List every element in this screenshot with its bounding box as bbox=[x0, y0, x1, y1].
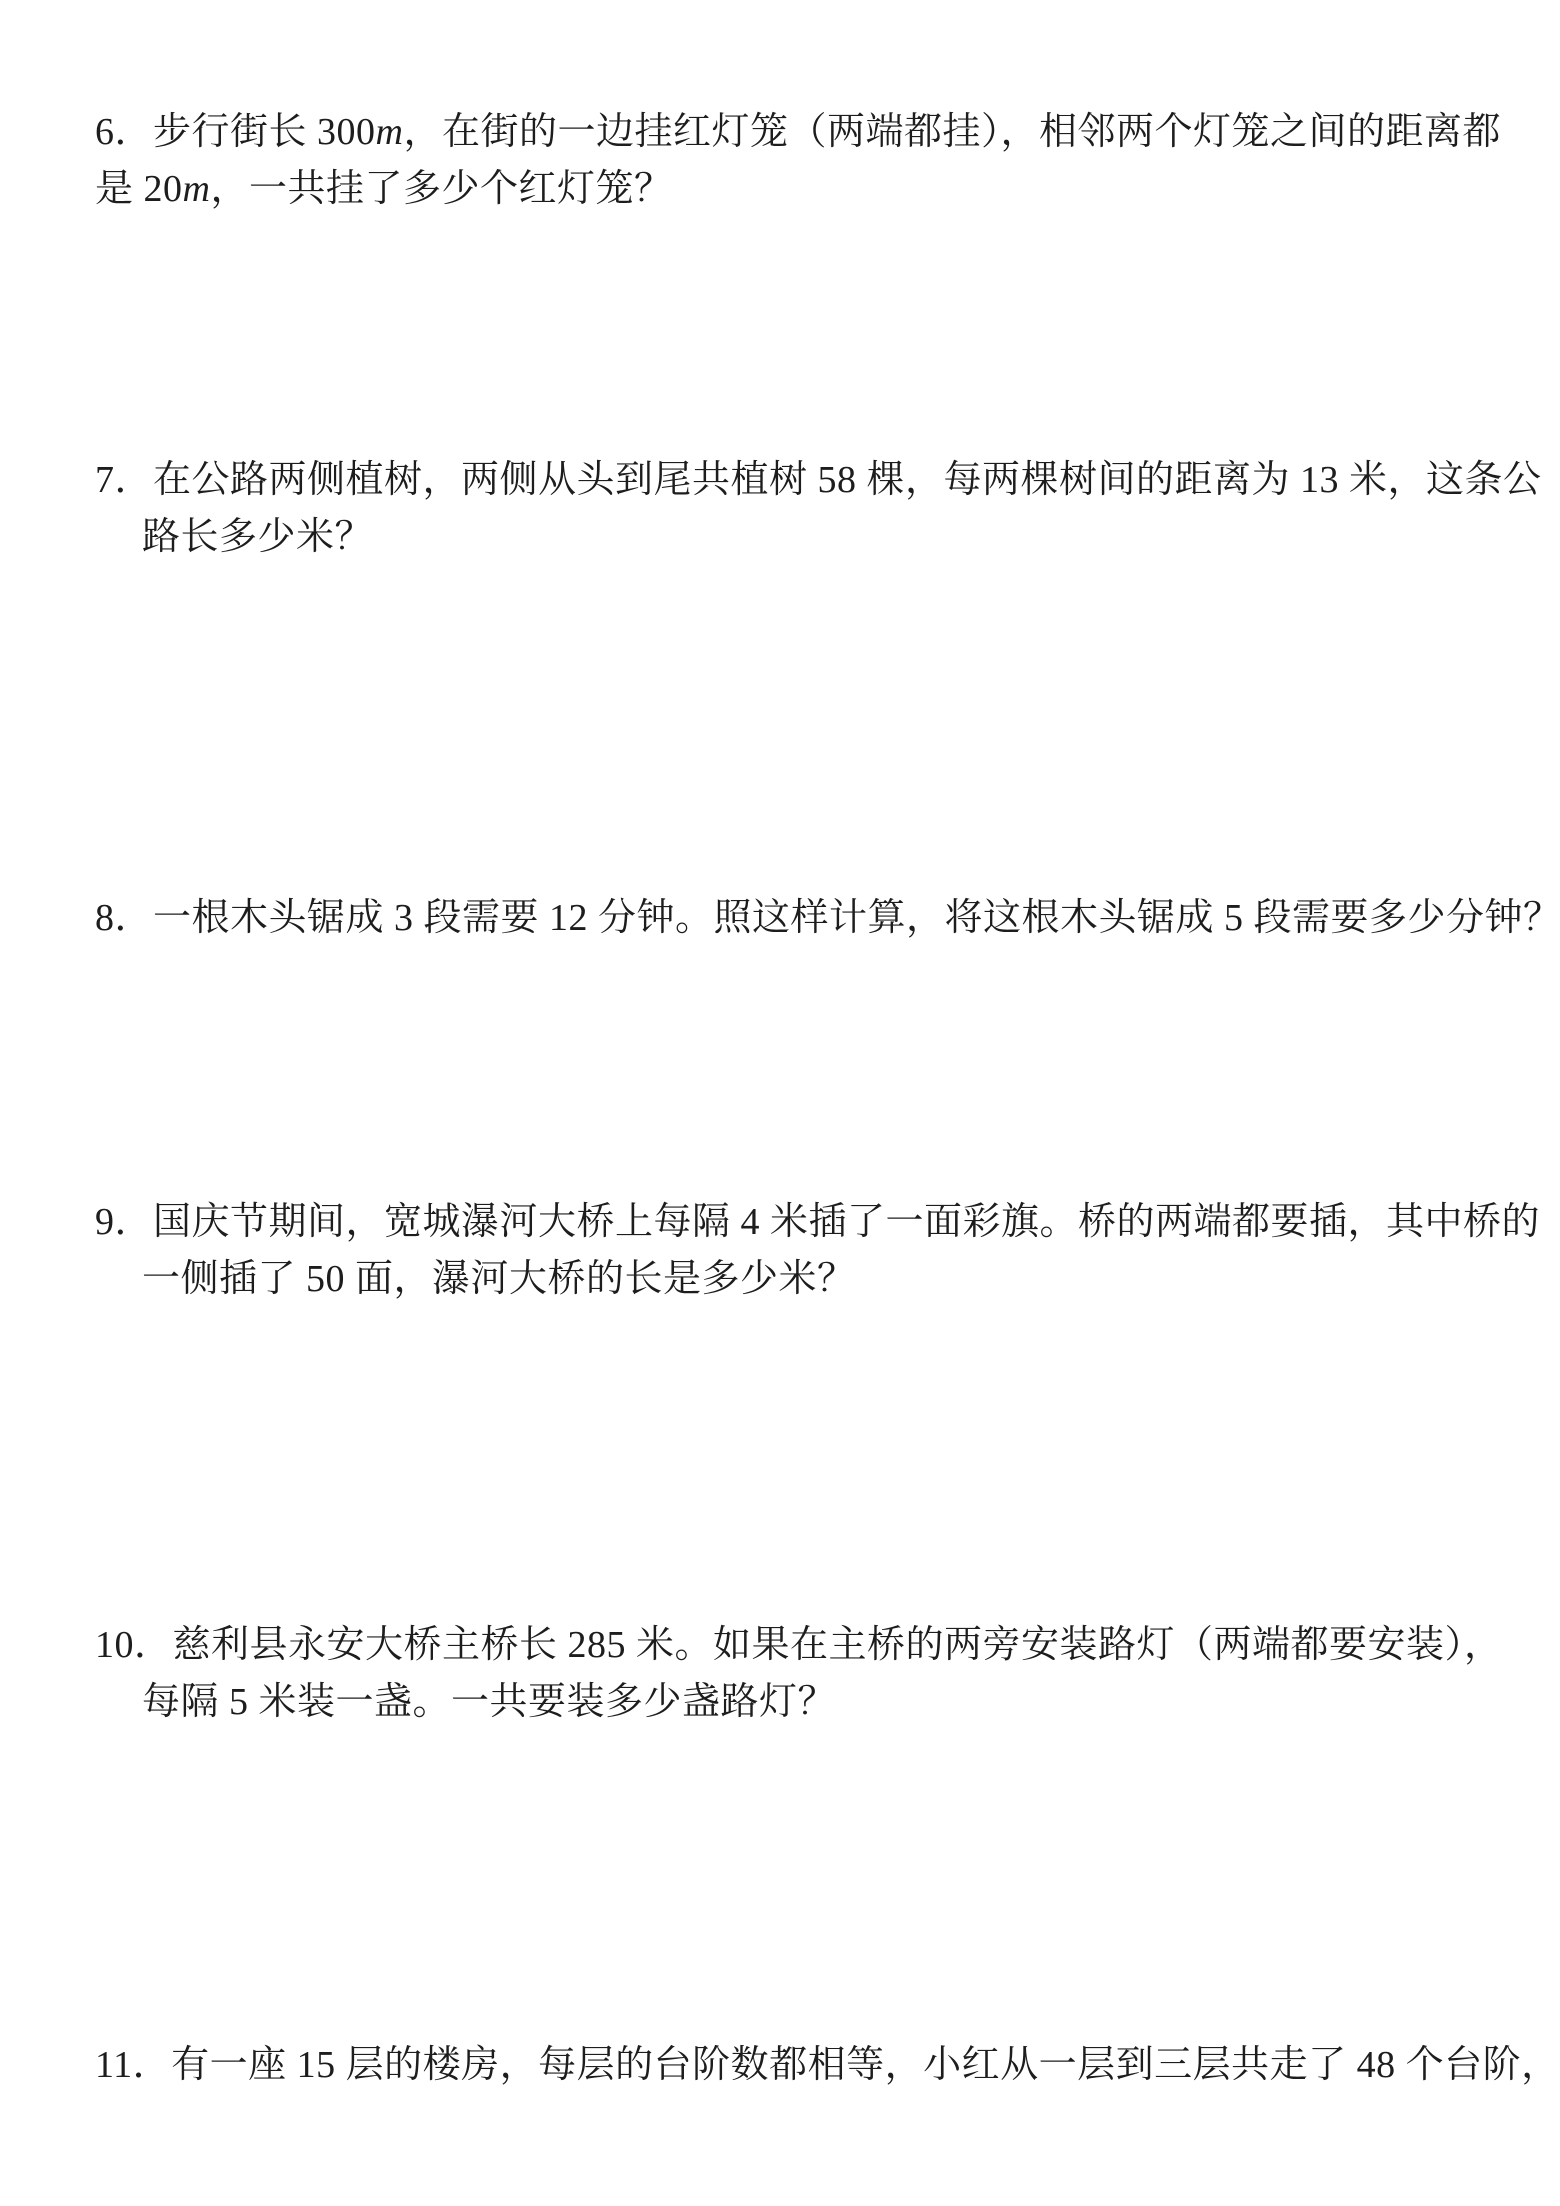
problem-9-line-2: 一侧插了 50 面，瀑河大桥的长是多少米？ bbox=[95, 1251, 1500, 1308]
problem-6-line-2: 是 20m，一共挂了多少个红灯笼？ bbox=[95, 161, 1500, 218]
text-run: 路长多少米？ bbox=[142, 516, 373, 558]
text-run: ，在街的一边挂红灯笼（两端都挂），相邻两个灯笼之间的距离都 bbox=[403, 111, 1501, 153]
problem-7-line-2: 路长多少米？ bbox=[95, 509, 1500, 566]
text-run: 11．有一座 15 层的楼房，每层的台阶数都相等，小红从一层到三层共走了 48 … bbox=[95, 2044, 1560, 2086]
text-run: ，一共挂了多少个红灯笼？ bbox=[210, 168, 672, 210]
document-page: 6．步行街长 300m，在街的一边挂红灯笼（两端都挂），相邻两个灯笼之间的距离都… bbox=[0, 0, 1560, 2206]
text-run: 一侧插了 50 面，瀑河大桥的长是多少米？ bbox=[142, 1258, 856, 1300]
text-run: 每隔 5 米装一盏。一共要装多少盏路灯？ bbox=[142, 1681, 836, 1723]
math-variable-m: m bbox=[183, 168, 211, 210]
problem-10-line-2: 每隔 5 米装一盏。一共要装多少盏路灯？ bbox=[95, 1674, 1500, 1731]
problem-6-line-1: 6．步行街长 300m，在街的一边挂红灯笼（两端都挂），相邻两个灯笼之间的距离都 bbox=[95, 104, 1500, 161]
text-run: 是 20 bbox=[95, 168, 183, 210]
text-run: 9．国庆节期间，宽城瀑河大桥上每隔 4 米插了一面彩旗。桥的两端都要插，其中桥的 bbox=[95, 1201, 1540, 1243]
text-run: 7．在公路两侧植树，两侧从头到尾共植树 58 棵，每两棵树间的距离为 13 米，… bbox=[95, 459, 1542, 501]
problem-11: 11．有一座 15 层的楼房，每层的台阶数都相等，小红从一层到三层共走了 48 … bbox=[95, 2037, 1500, 2094]
problem-11-line-1: 11．有一座 15 层的楼房，每层的台阶数都相等，小红从一层到三层共走了 48 … bbox=[95, 2037, 1500, 2094]
text-run: 8．一根木头锯成 3 段需要 12 分钟。照这样计算，将这根木头锯成 5 段需要… bbox=[95, 897, 1560, 939]
problem-6: 6．步行街长 300m，在街的一边挂红灯笼（两端都挂），相邻两个灯笼之间的距离都… bbox=[95, 104, 1500, 218]
problem-9: 9．国庆节期间，宽城瀑河大桥上每隔 4 米插了一面彩旗。桥的两端都要插，其中桥的… bbox=[95, 1194, 1500, 1308]
problem-10-line-1: 10．慈利县永安大桥主桥长 285 米。如果在主桥的两旁安装路灯（两端都要安装）… bbox=[95, 1617, 1500, 1674]
problem-10: 10．慈利县永安大桥主桥长 285 米。如果在主桥的两旁安装路灯（两端都要安装）… bbox=[95, 1617, 1500, 1731]
problem-7: 7．在公路两侧植树，两侧从头到尾共植树 58 棵，每两棵树间的距离为 13 米，… bbox=[95, 452, 1500, 566]
text-run: 10．慈利县永安大桥主桥长 285 米。如果在主桥的两旁安装路灯（两端都要安装）… bbox=[95, 1624, 1503, 1666]
problem-9-line-1: 9．国庆节期间，宽城瀑河大桥上每隔 4 米插了一面彩旗。桥的两端都要插，其中桥的 bbox=[95, 1194, 1500, 1251]
text-run: 6．步行街长 300 bbox=[95, 111, 376, 153]
math-variable-m: m bbox=[376, 111, 404, 153]
problem-7-line-1: 7．在公路两侧植树，两侧从头到尾共植树 58 棵，每两棵树间的距离为 13 米，… bbox=[95, 452, 1500, 509]
problem-8: 8．一根木头锯成 3 段需要 12 分钟。照这样计算，将这根木头锯成 5 段需要… bbox=[95, 890, 1500, 947]
problem-8-line-1: 8．一根木头锯成 3 段需要 12 分钟。照这样计算，将这根木头锯成 5 段需要… bbox=[95, 890, 1500, 947]
